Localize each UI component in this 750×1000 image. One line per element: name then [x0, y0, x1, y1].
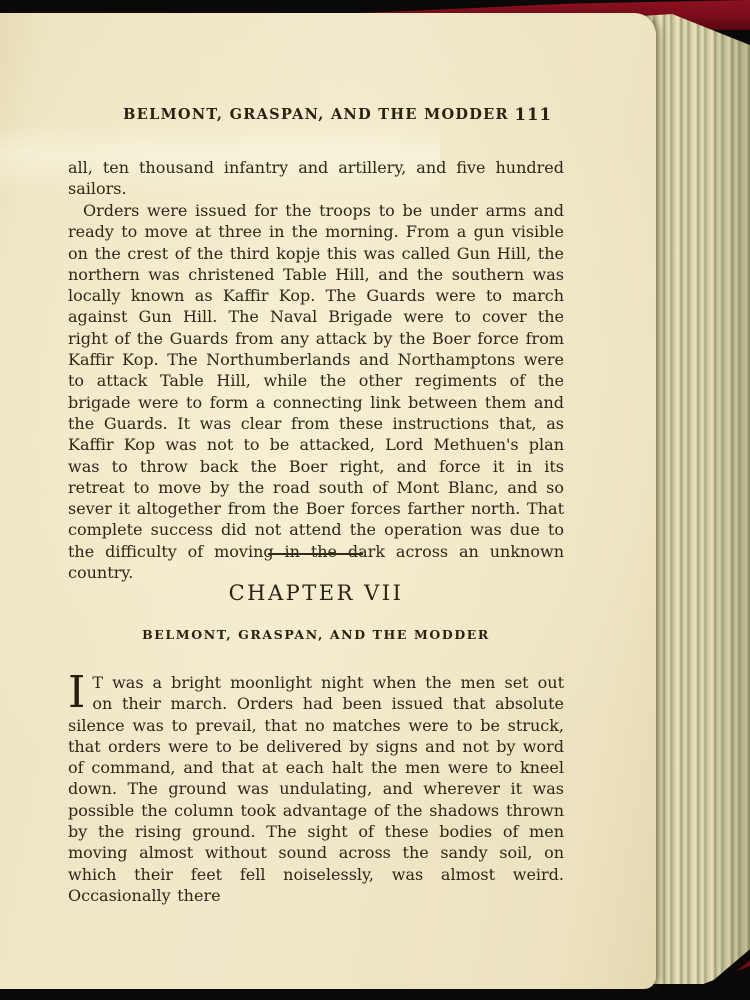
scan-bottom-band: [0, 989, 712, 1000]
paragraph-orders: Orders were issued for the troops to be …: [68, 200, 564, 583]
chapter-opening-paragraph: IT was a bright moonlight night when the…: [68, 672, 564, 906]
running-title: BELMONT, GRASPAN, AND THE MODDER: [123, 106, 509, 123]
running-header: BELMONT, GRASPAN, AND THE MODDER 111: [68, 106, 564, 123]
book-page: BELMONT, GRASPAN, AND THE MODDER 111 all…: [0, 13, 656, 989]
chapter-subtitle: BELMONT, GRASPAN, AND THE MODDER: [68, 627, 564, 642]
dropcap-initial: I: [68, 672, 92, 710]
chapter-divider-rule: [268, 553, 363, 555]
paragraph-continuation: all, ten thousand infantry and artillery…: [68, 157, 564, 200]
page-stack-fore-edge: [642, 14, 750, 986]
chapter-heading: CHAPTER VII: [68, 581, 564, 605]
page-number: 111: [515, 105, 552, 124]
chapter-paragraph-text: T was a bright moonlight night when the …: [68, 673, 564, 905]
book-scan: BELMONT, GRASPAN, AND THE MODDER 111 all…: [0, 0, 750, 1000]
